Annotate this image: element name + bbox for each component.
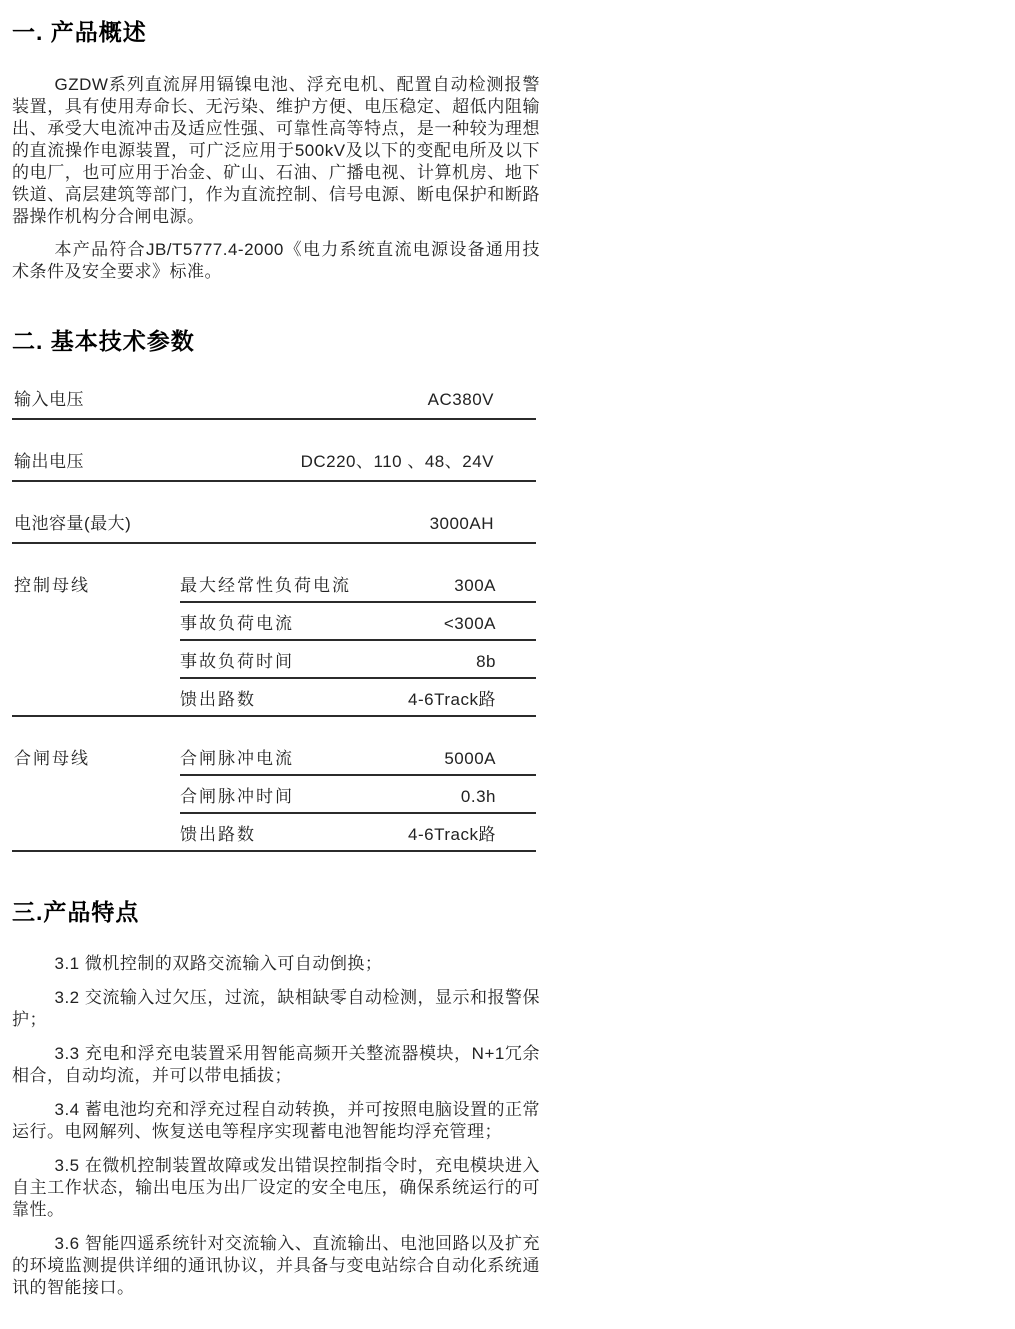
section-2-heading: 二. 基本技术参数 <box>12 323 540 356</box>
row-label: 输入电压 <box>14 385 84 410</box>
section-3-heading: 三.产品特点 <box>12 894 540 927</box>
row-value: 8b <box>476 652 536 672</box>
feature-item: 3.5 在微机控制装置故障或发出错误控制指令时，充电模块进入自主工作状态，输出电… <box>12 1155 540 1221</box>
feature-item: 3.1 微机控制的双路交流输入可自动倒换； <box>12 953 540 975</box>
spec-table: 输入电压 AC380V 输出电压 DC220、110 、48、24V 电池容量(… <box>12 358 536 852</box>
group-label: 合闸母线 <box>12 717 180 850</box>
feature-item: 3.2 交流输入过欠压，过流，缺相缺零自动检测，显示和报警保护； <box>12 987 540 1031</box>
row-value: AC380V <box>428 390 536 410</box>
table-row-output-voltage: 输出电压 DC220、110 、48、24V <box>12 420 536 482</box>
row-value: DC220、110 、48、24V <box>301 447 536 472</box>
section-1-heading: 一. 产品概述 <box>12 14 540 47</box>
row-label: 事故负荷时间 <box>180 647 294 672</box>
row-label: 事故负荷电流 <box>180 609 294 634</box>
overview-paragraph-2: 本产品符合JB/T5777.4-2000《电力系统直流电源设备通用技术条件及安全… <box>12 239 540 283</box>
table-row: 合闸脉冲电流 5000A <box>180 717 536 776</box>
row-value: 0.3h <box>461 787 536 807</box>
feature-item: 3.3 充电和浮充电装置采用智能高频开关整流器模块，N+1冗余相合，自动均流，并… <box>12 1043 540 1087</box>
row-label: 最大经常性负荷电流 <box>180 571 351 596</box>
row-value: 3000AH <box>430 514 536 534</box>
row-label: 电池容量(最大) <box>14 509 131 534</box>
row-value: <300A <box>444 614 536 634</box>
table-group-control-bus: 控制母线 最大经常性负荷电流 300A 事故负荷电流 <300A 事故负荷时间 … <box>12 544 536 717</box>
row-label: 馈出路数 <box>180 685 256 710</box>
group-rows: 最大经常性负荷电流 300A 事故负荷电流 <300A 事故负荷时间 8b 馈出… <box>180 544 536 715</box>
feature-list: 3.1 微机控制的双路交流输入可自动倒换； 3.2 交流输入过欠压，过流，缺相缺… <box>12 953 540 1299</box>
row-value: 4-6Track路 <box>408 820 536 845</box>
group-label: 控制母线 <box>12 544 180 715</box>
group-rows: 合闸脉冲电流 5000A 合闸脉冲时间 0.3h 馈出路数 4-6Track路 <box>180 717 536 850</box>
row-value: 4-6Track路 <box>408 685 536 710</box>
table-row-battery-capacity: 电池容量(最大) 3000AH <box>12 482 536 544</box>
table-row: 馈出路数 4-6Track路 <box>180 814 536 850</box>
table-row: 馈出路数 4-6Track路 <box>180 679 536 715</box>
row-label: 馈出路数 <box>180 820 256 845</box>
table-row: 事故负荷时间 8b <box>180 641 536 679</box>
row-label: 合闸脉冲电流 <box>180 744 294 769</box>
feature-item: 3.6 智能四遥系统针对交流输入、直流输出、电池回路以及扩充的环境监测提供详细的… <box>12 1233 540 1299</box>
row-value: 300A <box>454 576 536 596</box>
table-row: 事故负荷电流 <300A <box>180 603 536 641</box>
row-value: 5000A <box>444 749 536 769</box>
table-row: 合闸脉冲时间 0.3h <box>180 776 536 814</box>
table-row: 最大经常性负荷电流 300A <box>180 544 536 603</box>
product-spec-document: 一. 产品概述 GZDW系列直流屏用镉镍电池、浮充电机、配置自动检测报警装置，具… <box>0 0 540 1329</box>
table-group-closing-bus: 合闸母线 合闸脉冲电流 5000A 合闸脉冲时间 0.3h 馈出路数 4-6Tr… <box>12 717 536 852</box>
row-label: 合闸脉冲时间 <box>180 782 294 807</box>
overview-paragraph-1: GZDW系列直流屏用镉镍电池、浮充电机、配置自动检测报警装置，具有使用寿命长、无… <box>12 74 540 228</box>
feature-item: 3.4 蓄电池均充和浮充过程自动转换，并可按照电脑设置的正常运行。电网解列、恢复… <box>12 1099 540 1143</box>
row-label: 输出电压 <box>14 447 84 472</box>
table-row-input-voltage: 输入电压 AC380V <box>12 358 536 420</box>
